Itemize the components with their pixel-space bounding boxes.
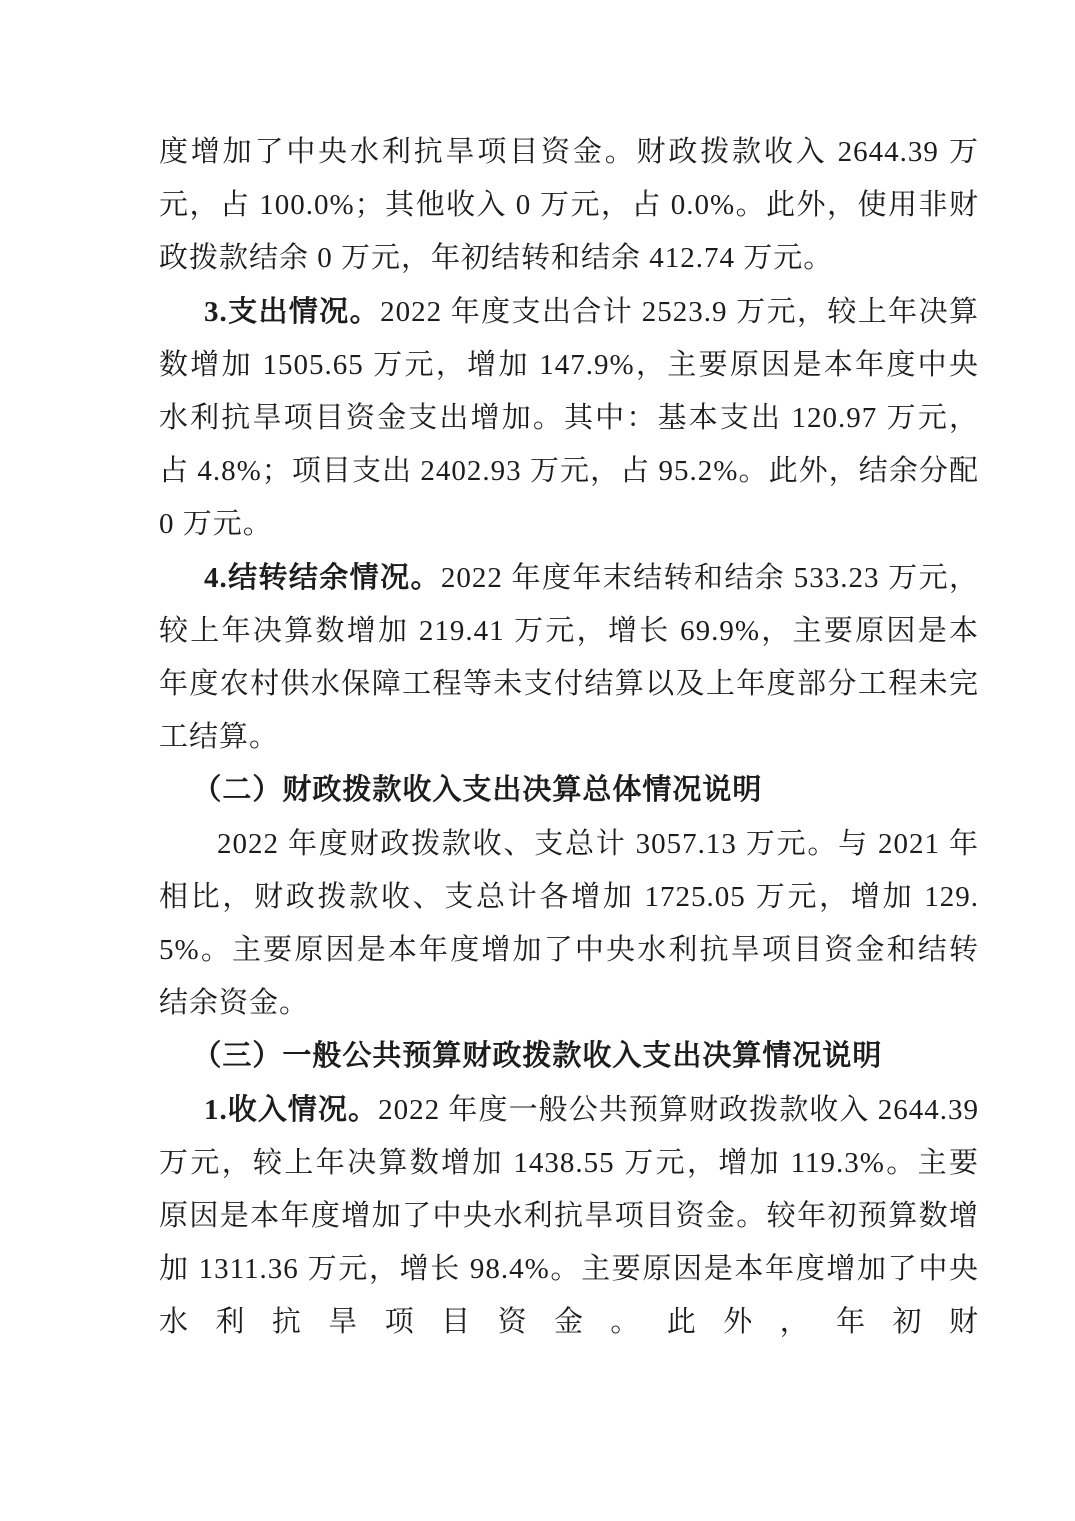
section-heading-general-public-budget: （三）一般公共预算财政拨款收入支出决算情况说明 — [159, 1030, 979, 1083]
paragraph-carryover-lead: 4.结转结余情况。 — [204, 562, 441, 594]
paragraph-fiscal-appropriation-total: 2022 年度财政拨款收、支总计 3057.13 万元。与 2021 年相比，财… — [159, 818, 979, 1031]
paragraph-expenditure: 3.支出情况。2022 年度支出合计 2523.9 万元，较上年决算数增加 15… — [159, 286, 979, 552]
paragraph-expenditure-lead: 3.支出情况。 — [204, 296, 380, 328]
paragraph-general-budget-revenue: 1.收入情况。2022 年度一般公共预算财政拨款收入 2644.39 万元，较上… — [159, 1084, 979, 1350]
paragraph-income-continuation: 度增加了中央水利抗旱项目资金。财政拨款收入 2644.39 万元，占 100.0… — [159, 126, 979, 286]
document-page: 度增加了中央水利抗旱项目资金。财政拨款收入 2644.39 万元，占 100.0… — [0, 0, 1075, 1521]
paragraph-expenditure-body: 2022 年度支出合计 2523.9 万元，较上年决算数增加 1505.65 万… — [159, 296, 979, 541]
paragraph-revenue-body: 2022 年度一般公共预算财政拨款收入 2644.39 万元，较上年决算数增加 … — [159, 1094, 979, 1339]
paragraph-carryover-balance: 4.结转结余情况。2022 年度年末结转和结余 533.23 万元，较上年决算数… — [159, 552, 979, 765]
paragraph-revenue-lead: 1.收入情况。 — [204, 1094, 378, 1126]
section-heading-fiscal-appropriation-overview: （二）财政拨款收入支出决算总体情况说明 — [159, 764, 979, 817]
